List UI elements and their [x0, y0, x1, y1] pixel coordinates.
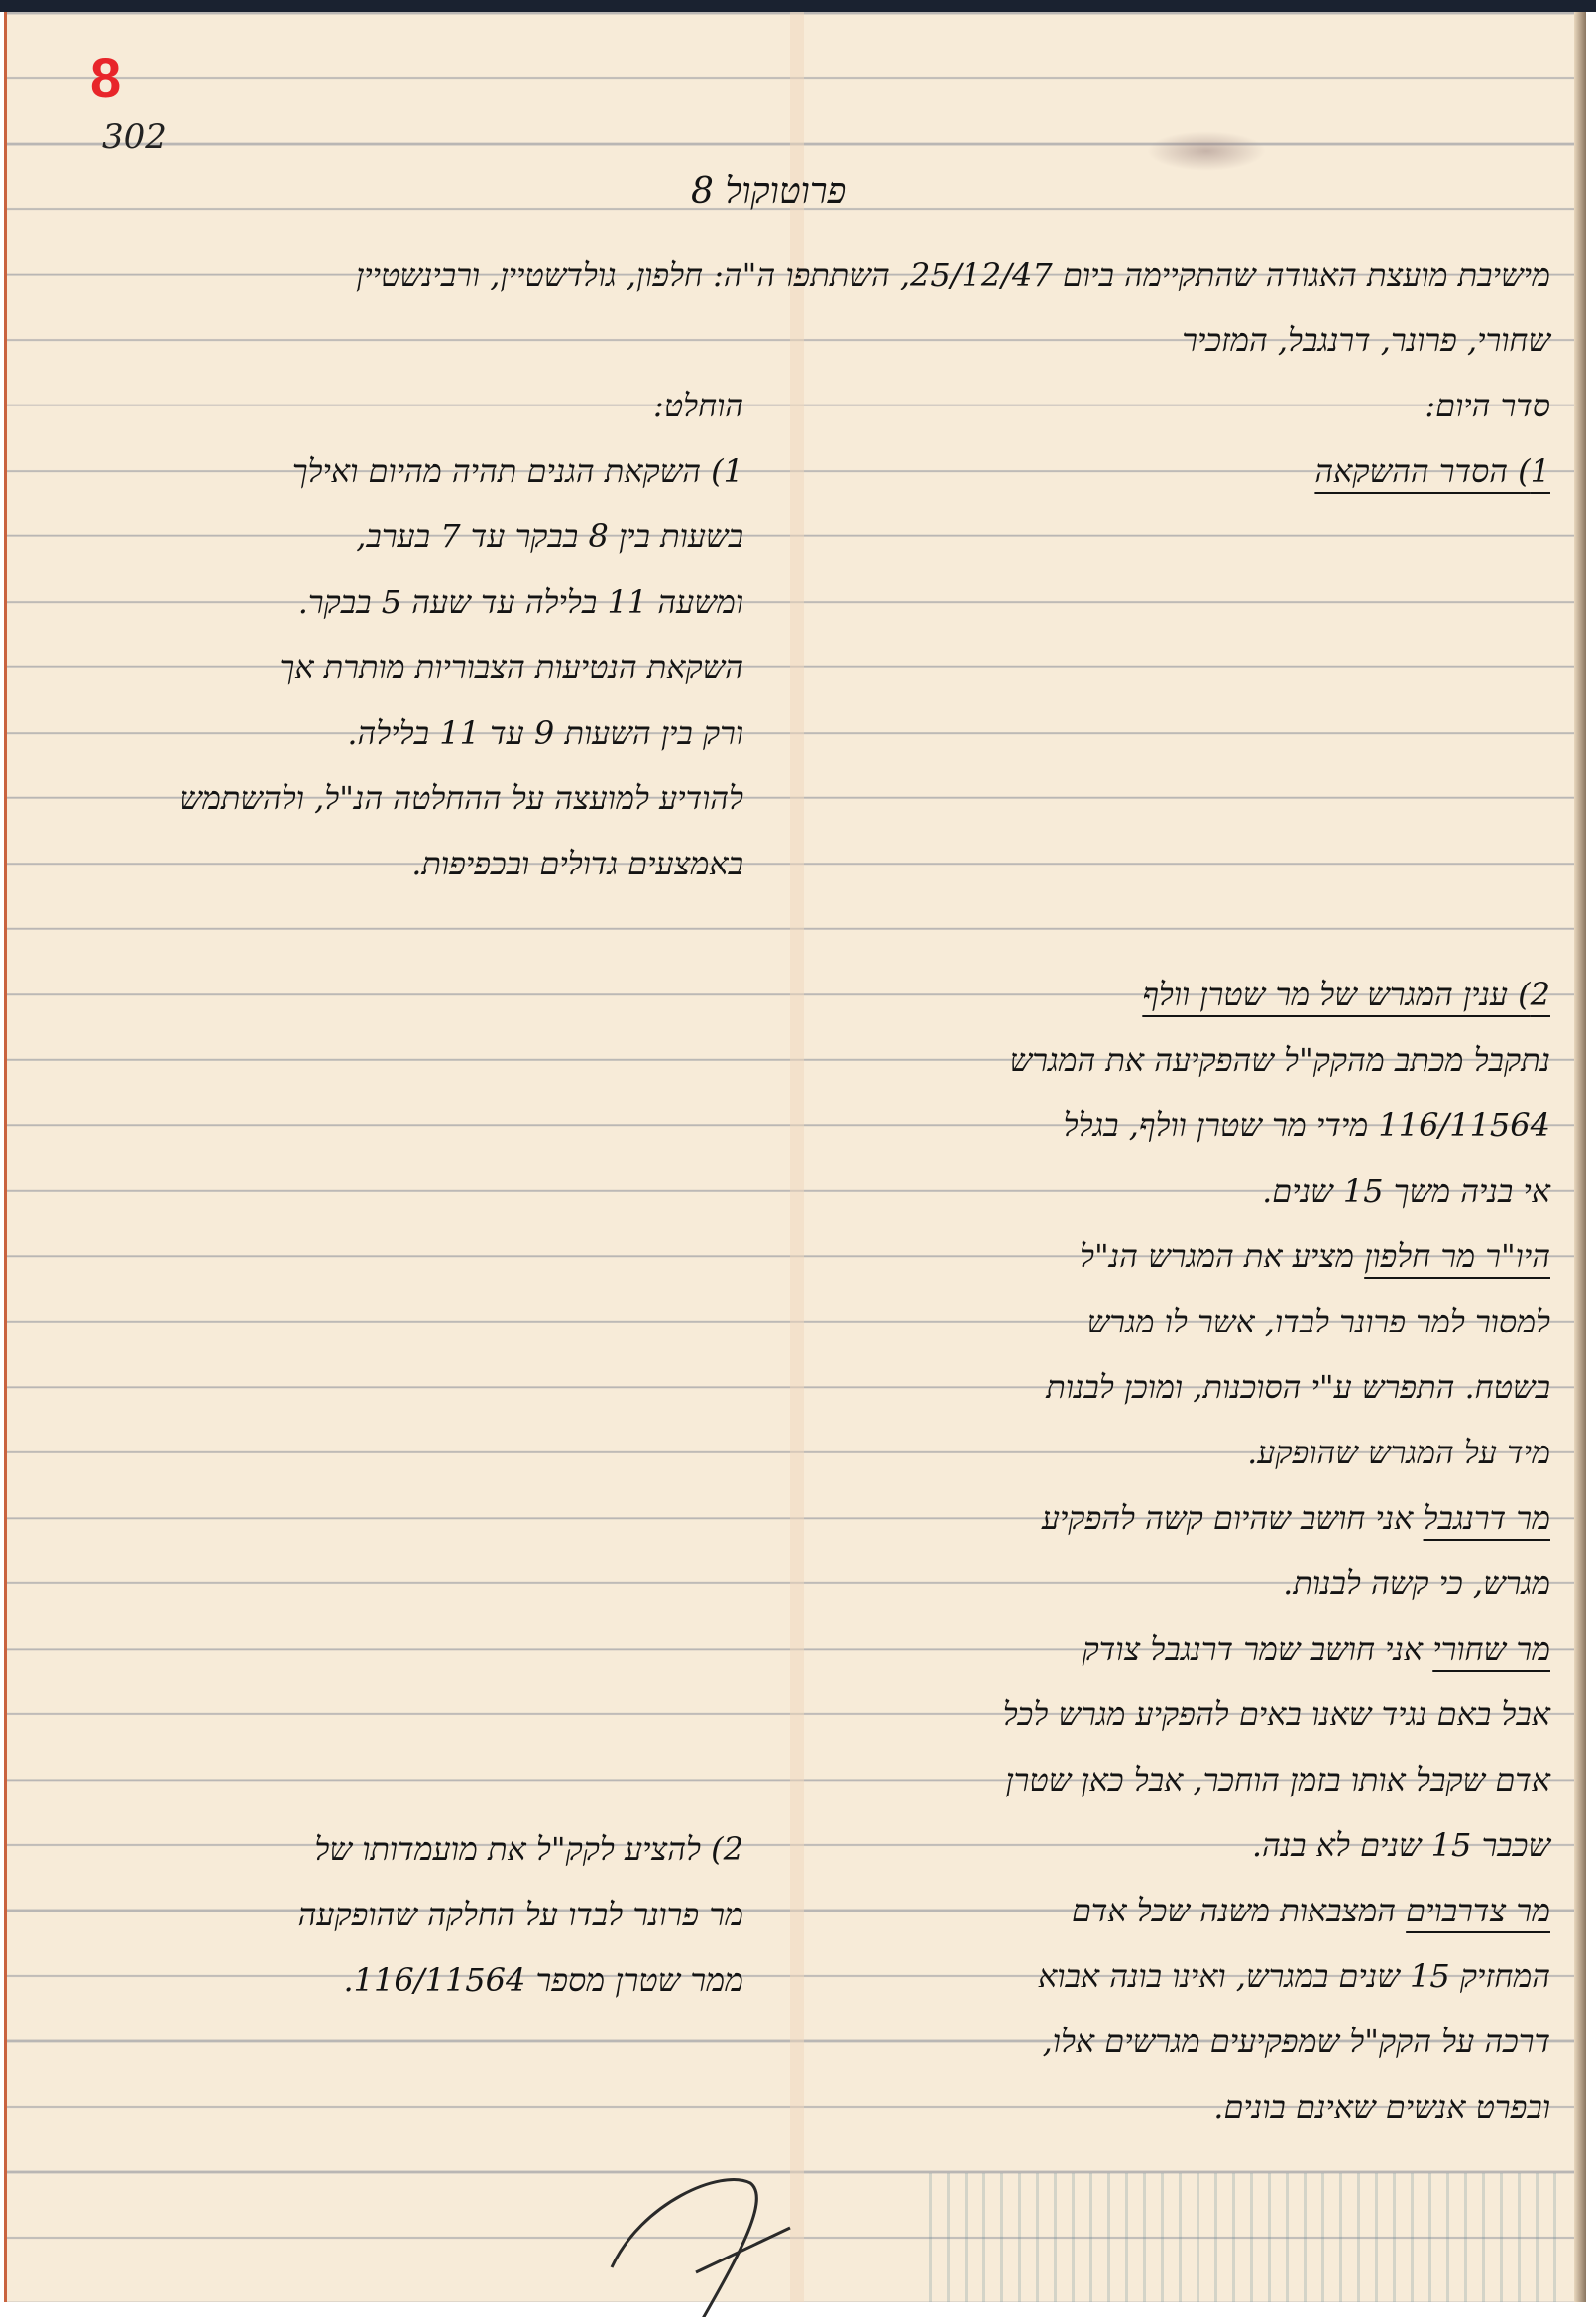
speaker-name: מר דרנגבל — [1424, 1499, 1550, 1537]
item2-line: אי בניה משך 15 שנים. — [1262, 1158, 1550, 1223]
document-page: 8 302 פרוטוקול 8 מישיבת מועצת האגודה שהת… — [4, 12, 1586, 2302]
archive-number: 8 — [90, 46, 121, 110]
speaker3-line: אבל באם נגיד שאנו באים להפקיע מגרש לכל — [1003, 1681, 1550, 1747]
agenda-label: סדר היום: — [1425, 373, 1550, 438]
bleed-through-text — [929, 2173, 1563, 2302]
resolution1-line: ורק בין השעות 9 עד 11 בלילה. — [347, 700, 743, 765]
speaker-name: היו"ר מר חלפון — [1364, 1237, 1550, 1275]
scan-top-edge — [0, 0, 1596, 12]
speaker3-line: מר שחורי אני חושב שמר דרנגבל צודק — [1083, 1616, 1550, 1681]
speaker3-line: שכבר 15 שנים לא בנה. — [1252, 1812, 1550, 1878]
item2-heading: 2) ענין המגרש של מר שטרן וולף — [1142, 962, 1550, 1027]
speaker-name: מר שחורי — [1432, 1630, 1550, 1668]
item2-line: נתקבל מכתב מהקק"ל שהפקיעה את המגרש — [1010, 1027, 1550, 1093]
resolution2-line: מר פרונר לבדו על החלקה שהופקעה — [298, 1882, 743, 1947]
speaker4-line: מר צדרבוים המצבאות משנה שכל אדם — [1072, 1878, 1550, 1943]
resolved-label: הוחלט: — [653, 373, 743, 438]
speaker3-line: אדם שקבל אותו בזמן הוחכר, אבל כאן שטרן — [1006, 1747, 1550, 1812]
item1-heading: 1) הסדר ההשקאה — [1314, 438, 1550, 504]
speaker1-line: היו"ר מר חלפון מציע את המגרש הנ"ל — [1080, 1223, 1550, 1289]
resolution1-line: ומשעה 11 בלילה עד שעה 5 בבקר. — [298, 569, 743, 635]
ink-smudge — [1147, 131, 1266, 171]
speaker2-line: מגרש, כי קשה לבנות. — [1283, 1551, 1550, 1616]
resolution1-line: באמצעים גדולים ובכפיפות. — [411, 831, 743, 896]
signature-mark — [602, 2173, 919, 2317]
page-title: פרוטוקול 8 — [691, 171, 846, 212]
speaker1-line: מיד על המגרש שהופקע. — [1247, 1420, 1550, 1485]
resolution2-line: 2) להציע לקק"ל את מועמדותו של — [314, 1816, 743, 1882]
header-line-1: מישיבת מועצת האגודה שהתקיימה ביום 25/12/… — [44, 242, 1550, 307]
resolution2-line: ממר שטרן מספר 116/11564. — [343, 1947, 743, 2013]
speaker1-line: למסור למר פרונר לבדו, אשר לו מגרש — [1087, 1289, 1550, 1354]
resolution1-line: בשעות בין 8 בבקר עד 7 בערב, — [356, 504, 743, 569]
speaker2-line: מר דרנגבל אני חושב שהיום קשה להפקיע — [1042, 1485, 1550, 1551]
speaker4-line: ובפרט אנשים שאינם בונים. — [1213, 2074, 1550, 2140]
page-fold — [790, 12, 804, 2302]
page-number: 302 — [102, 117, 167, 157]
speaker-name: מר צדרבוים — [1406, 1892, 1550, 1929]
item2-line: 116/11564 מידי מר שטרן וולף, בגלל — [1064, 1093, 1550, 1158]
speaker4-line: דרכה על הקק"ל שמפקיעים מגרשים אלו, — [1043, 2009, 1550, 2074]
resolution1-line: השקאת הנטיעות הצבוריות מותרת אך — [280, 635, 743, 700]
speaker4-line: המחזיק 15 שנים במגרש, ואינו בונה אבוא — [1038, 1943, 1550, 2009]
resolution1-line: 1) השקאת הגנים תהיה מהיום ואילך — [292, 438, 743, 504]
resolution1-line: להודיע למועצה על ההחלטה הנ"ל, ולהשתמש — [179, 765, 743, 831]
header-line-2: שחורי, פרונר, דרנגבל, המזכיר — [1182, 307, 1550, 373]
speaker1-line: בשטח. התפרש ע"י הסוכנות, ומוכן לבנות — [1046, 1354, 1550, 1420]
